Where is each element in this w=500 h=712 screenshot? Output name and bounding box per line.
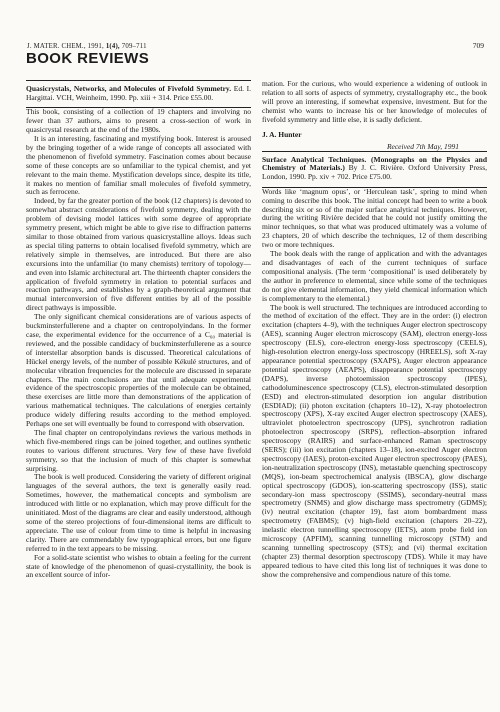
review-paragraph: This book, consisting of a collection of… bbox=[26, 108, 251, 135]
section-title: BOOK REVIEWS bbox=[26, 50, 149, 67]
book-heading-quasicrystals: Quasicrystals, Networks, and Molecules o… bbox=[26, 80, 251, 108]
book-heading-surface-analytical: Surface Analytical Techniques. (Monograp… bbox=[262, 151, 487, 188]
page-number: 709 bbox=[473, 41, 484, 50]
review-paragraph-continuation: mation. For the curious, who would exper… bbox=[262, 80, 487, 125]
review-paragraph: The final chapter on centropolyindans re… bbox=[26, 429, 251, 474]
review-paragraph: The book is well produced. Considering t… bbox=[26, 473, 251, 553]
masthead: J. MATER. CHEM., 1991, 1(4), 709–711 709 bbox=[27, 41, 484, 50]
journal-citation: J. MATER. CHEM., 1991, 1(4), 709–711 bbox=[27, 43, 147, 50]
reviewer-name: J. A. Hunter bbox=[262, 130, 487, 139]
review-paragraph: The book deals with the range of applica… bbox=[262, 250, 487, 303]
review-paragraph: Indeed, by far the greater portion of th… bbox=[26, 197, 251, 313]
review-signature: J. A. Hunter Received 7th May, 1991 bbox=[262, 130, 487, 151]
citation-volume: 1(4), bbox=[106, 43, 120, 50]
right-column: mation. For the curious, who would exper… bbox=[262, 80, 487, 580]
left-column: Quasicrystals, Networks, and Molecules o… bbox=[26, 80, 251, 580]
review-paragraph: For a solid-state scientist who wishes t… bbox=[26, 554, 251, 581]
received-date: Received 7th May, 1991 bbox=[262, 142, 487, 151]
citation-pages: 709–711 bbox=[122, 43, 147, 50]
journal-page: J. MATER. CHEM., 1991, 1(4), 709–711 709… bbox=[0, 0, 500, 712]
review-paragraph: It is an interesting, fascinating and my… bbox=[26, 135, 251, 197]
review-paragraph: Words like ‘magnum opus’, or ‘Herculean … bbox=[262, 188, 487, 250]
citation-journal: J. MATER. CHEM., 1991, bbox=[27, 43, 104, 50]
review-paragraph: The book is well structured. The techniq… bbox=[262, 304, 487, 580]
two-column-layout: Quasicrystals, Networks, and Molecules o… bbox=[26, 80, 488, 580]
review-paragraph: The only significant chemical considerat… bbox=[26, 313, 251, 429]
book-title: Quasicrystals, Networks, and Molecules o… bbox=[26, 84, 231, 93]
